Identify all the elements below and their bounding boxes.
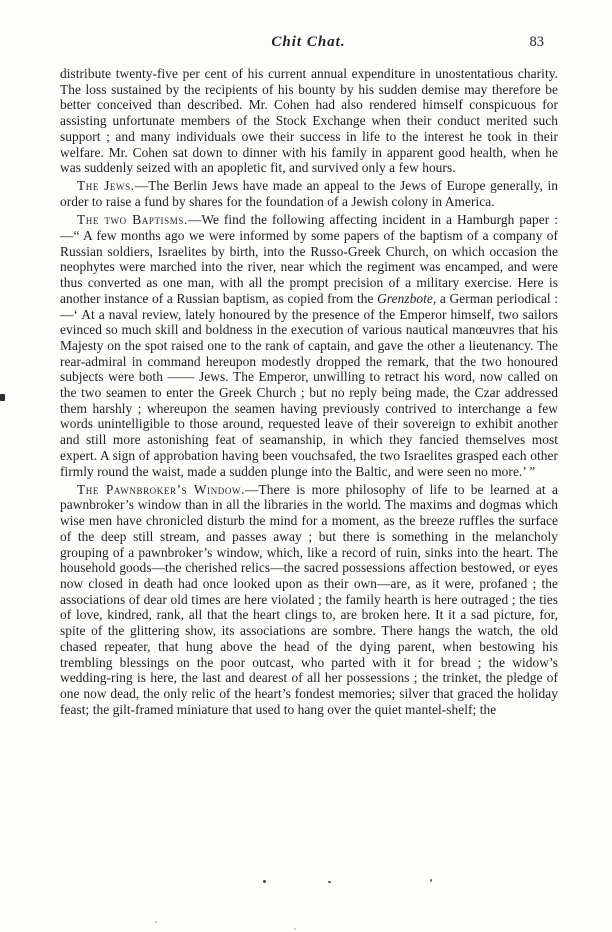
- paragraph-heading: The two Baptisms.: [77, 212, 188, 227]
- paragraph-heading: The Pawnbroker’s Window.: [77, 482, 245, 497]
- paragraph-text: Grenzbote: [377, 291, 433, 306]
- page-text: distribute twenty-five per cent of his c…: [60, 66, 558, 717]
- scan-speck: [263, 880, 266, 883]
- scan-speck: [328, 881, 331, 883]
- page-number: 83: [530, 34, 545, 51]
- paragraph-text: —There is more philosophy of life to be …: [60, 482, 558, 717]
- scan-speck: [430, 879, 432, 882]
- paragraph-text: , a German periodical :—‘ At a naval rev…: [60, 291, 558, 479]
- paragraph: distribute twenty-five per cent of his c…: [60, 66, 558, 176]
- scan-speck: [155, 921, 157, 923]
- paragraph-text: distribute twenty-five per cent of his c…: [60, 66, 558, 175]
- running-title: Chit Chat.: [59, 34, 558, 51]
- scan-speck: [294, 928, 296, 930]
- paragraph: The two Baptisms.—We find the following …: [60, 212, 558, 479]
- paragraph: The Pawnbroker’s Window.—There is more p…: [60, 482, 558, 718]
- paragraph-heading: The Jews.: [77, 178, 135, 193]
- scan-artifact: [0, 394, 5, 401]
- paragraph: The Jews.—The Berlin Jews have made an a…: [60, 178, 558, 209]
- running-head: Chit Chat. 83: [59, 34, 558, 54]
- paragraph-text: —The Berlin Jews have made an appeal to …: [60, 178, 558, 209]
